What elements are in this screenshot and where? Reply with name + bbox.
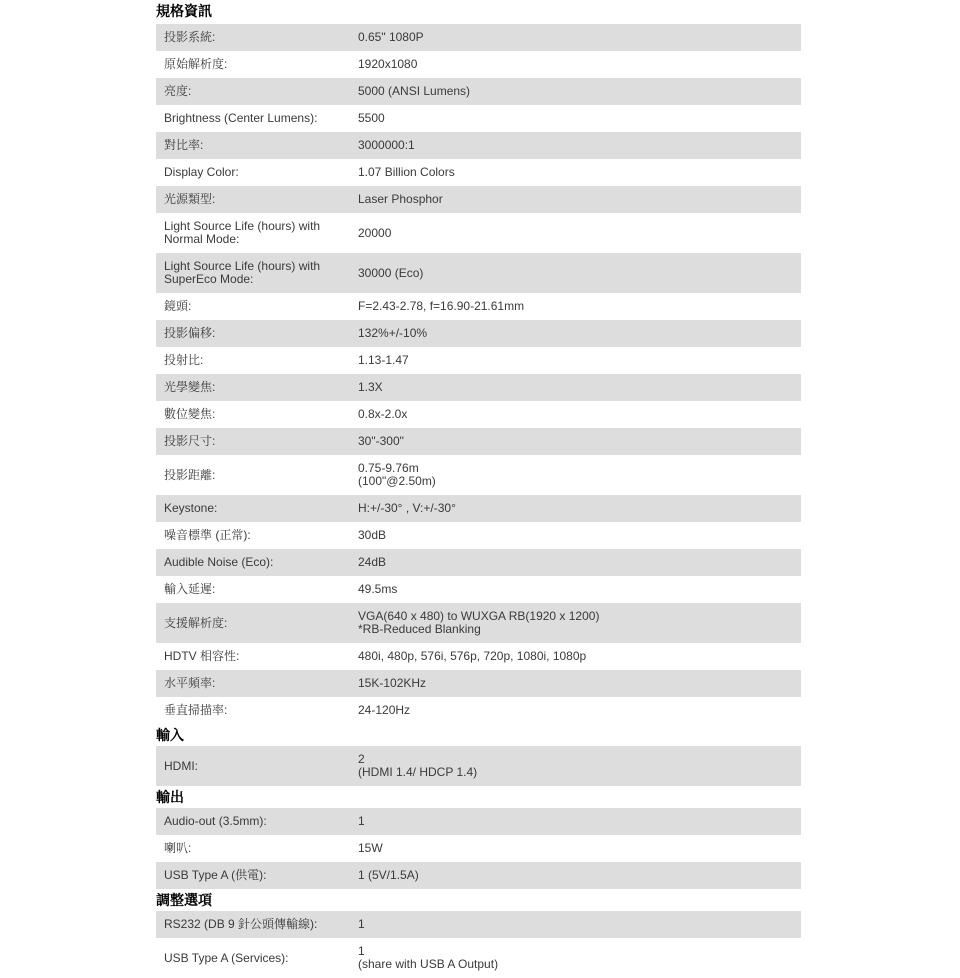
- spec-label: Light Source Life (hours) with SuperEco …: [156, 253, 358, 293]
- spec-value: F=2.43-2.78, f=16.90-21.61mm: [358, 293, 801, 320]
- spec-row: HDTV 相容性:480i, 480p, 576i, 576p, 720p, 1…: [156, 643, 801, 670]
- spec-row: 鏡頭:F=2.43-2.78, f=16.90-21.61mm: [156, 293, 801, 320]
- spec-row: 輸入延遲:49.5ms: [156, 576, 801, 603]
- spec-value: 49.5ms: [358, 576, 801, 603]
- spec-row: 水平頻率:15K-102KHz: [156, 670, 801, 697]
- page-title: 規格資訊: [156, 0, 801, 24]
- spec-row: 投影偏移:132%+/-10%: [156, 320, 801, 347]
- spec-value: 1920x1080: [358, 51, 801, 78]
- spec-value: 20000: [358, 220, 801, 247]
- spec-section: 規格資訊 投影系統:0.65" 1080P原始解析度:1920x1080亮度:5…: [156, 0, 801, 960]
- spec-value: 3000000:1: [358, 132, 801, 159]
- spec-value: 1.13-1.47: [358, 347, 801, 374]
- spec-value: 0.65" 1080P: [358, 24, 801, 51]
- spec-row: 光源類型:Laser Phosphor: [156, 186, 801, 213]
- spec-row: 支援解析度:VGA(640 x 480) to WUXGA RB(1920 x …: [156, 603, 801, 643]
- spec-row: RS232 (DB 9 針公頭傳輸線):1: [156, 911, 801, 938]
- spec-label: Light Source Life (hours) with Normal Mo…: [156, 213, 358, 253]
- spec-label: Audible Noise (Eco):: [156, 549, 358, 576]
- spec-label: 投射比:: [156, 347, 358, 374]
- spec-value: 1.07 Billion Colors: [358, 159, 801, 186]
- spec-label: 數位變焦:: [156, 401, 358, 428]
- section-heading: 調整選項: [156, 889, 801, 911]
- spec-row: 投射比:1.13-1.47: [156, 347, 801, 374]
- spec-value: 5000 (ANSI Lumens): [358, 78, 801, 105]
- spec-row: Audible Noise (Eco):24dB: [156, 549, 801, 576]
- spec-row: Light Source Life (hours) with SuperEco …: [156, 253, 801, 293]
- spec-row: HDMI:2 (HDMI 1.4/ HDCP 1.4): [156, 746, 801, 786]
- spec-row: 數位變焦:0.8x-2.0x: [156, 401, 801, 428]
- spec-label: 鏡頭:: [156, 293, 358, 320]
- spec-label: Display Color:: [156, 159, 358, 186]
- spec-label: 投影尺寸:: [156, 428, 358, 455]
- spec-value: 24dB: [358, 549, 801, 576]
- section-heading: 輸入: [156, 724, 801, 746]
- spec-label: 垂直掃描率:: [156, 697, 358, 724]
- spec-label: 亮度:: [156, 78, 358, 105]
- spec-table: 投影系統:0.65" 1080P原始解析度:1920x1080亮度:5000 (…: [156, 24, 801, 960]
- spec-value: 1 (share with USB A Output): [358, 938, 801, 960]
- spec-row: 投影距離:0.75-9.76m (100"@2.50m): [156, 455, 801, 495]
- spec-label: Brightness (Center Lumens):: [156, 105, 358, 132]
- spec-row: USB Type A (Services):1 (share with USB …: [156, 938, 801, 960]
- spec-row: 喇叭:15W: [156, 835, 801, 862]
- spec-value: 30dB: [358, 522, 801, 549]
- spec-label: 投影系統:: [156, 24, 358, 51]
- spec-label: 喇叭:: [156, 835, 358, 862]
- spec-row: USB Type A (供電):1 (5V/1.5A): [156, 862, 801, 889]
- spec-value: 30000 (Eco): [358, 260, 801, 287]
- spec-row: 亮度:5000 (ANSI Lumens): [156, 78, 801, 105]
- spec-label: 光源類型:: [156, 186, 358, 213]
- spec-value: 2 (HDMI 1.4/ HDCP 1.4): [358, 746, 801, 786]
- spec-value: 24-120Hz: [358, 697, 801, 724]
- spec-value: 132%+/-10%: [358, 320, 801, 347]
- spec-label: 投影偏移:: [156, 320, 358, 347]
- spec-value: 0.8x-2.0x: [358, 401, 801, 428]
- spec-label: USB Type A (供電):: [156, 862, 358, 889]
- spec-row: 光學變焦:1.3X: [156, 374, 801, 401]
- spec-value: 30"-300": [358, 428, 801, 455]
- spec-value: Laser Phosphor: [358, 186, 801, 213]
- section-heading: 輸出: [156, 786, 801, 808]
- spec-row: 原始解析度:1920x1080: [156, 51, 801, 78]
- spec-row: Display Color:1.07 Billion Colors: [156, 159, 801, 186]
- spec-value: 15W: [358, 835, 801, 862]
- spec-label: 輸入延遲:: [156, 576, 358, 603]
- spec-label: 投影距離:: [156, 462, 358, 489]
- spec-value: 15K-102KHz: [358, 670, 801, 697]
- spec-value: 5500: [358, 105, 801, 132]
- spec-label: 光學變焦:: [156, 374, 358, 401]
- spec-label: HDMI:: [156, 753, 358, 780]
- spec-row: 對比率:3000000:1: [156, 132, 801, 159]
- spec-row: Brightness (Center Lumens):5500: [156, 105, 801, 132]
- spec-value: 1.3X: [358, 374, 801, 401]
- spec-label: 水平頻率:: [156, 670, 358, 697]
- spec-value: 1: [358, 911, 801, 938]
- spec-value: 480i, 480p, 576i, 576p, 720p, 1080i, 108…: [358, 643, 801, 670]
- spec-row: 垂直掃描率:24-120Hz: [156, 697, 801, 724]
- spec-label: 噪音標準 (正常):: [156, 522, 358, 549]
- spec-row: Light Source Life (hours) with Normal Mo…: [156, 213, 801, 253]
- spec-value: H:+/-30° , V:+/-30°: [358, 495, 801, 522]
- spec-value: 1: [358, 808, 801, 835]
- spec-value: VGA(640 x 480) to WUXGA RB(1920 x 1200) …: [358, 603, 801, 643]
- spec-row: Audio-out (3.5mm):1: [156, 808, 801, 835]
- spec-label: 支援解析度:: [156, 610, 358, 637]
- spec-label: 原始解析度:: [156, 51, 358, 78]
- spec-label: USB Type A (Services):: [156, 945, 358, 961]
- spec-label: 對比率:: [156, 132, 358, 159]
- spec-label: Keystone:: [156, 495, 358, 522]
- spec-row: Keystone:H:+/-30° , V:+/-30°: [156, 495, 801, 522]
- spec-label: Audio-out (3.5mm):: [156, 808, 358, 835]
- spec-label: RS232 (DB 9 針公頭傳輸線):: [156, 911, 358, 938]
- spec-row: 投影尺寸:30"-300": [156, 428, 801, 455]
- spec-row: 投影系統:0.65" 1080P: [156, 24, 801, 51]
- spec-row: 噪音標準 (正常):30dB: [156, 522, 801, 549]
- spec-value: 1 (5V/1.5A): [358, 862, 801, 889]
- spec-value: 0.75-9.76m (100"@2.50m): [358, 455, 801, 495]
- spec-label: HDTV 相容性:: [156, 643, 358, 670]
